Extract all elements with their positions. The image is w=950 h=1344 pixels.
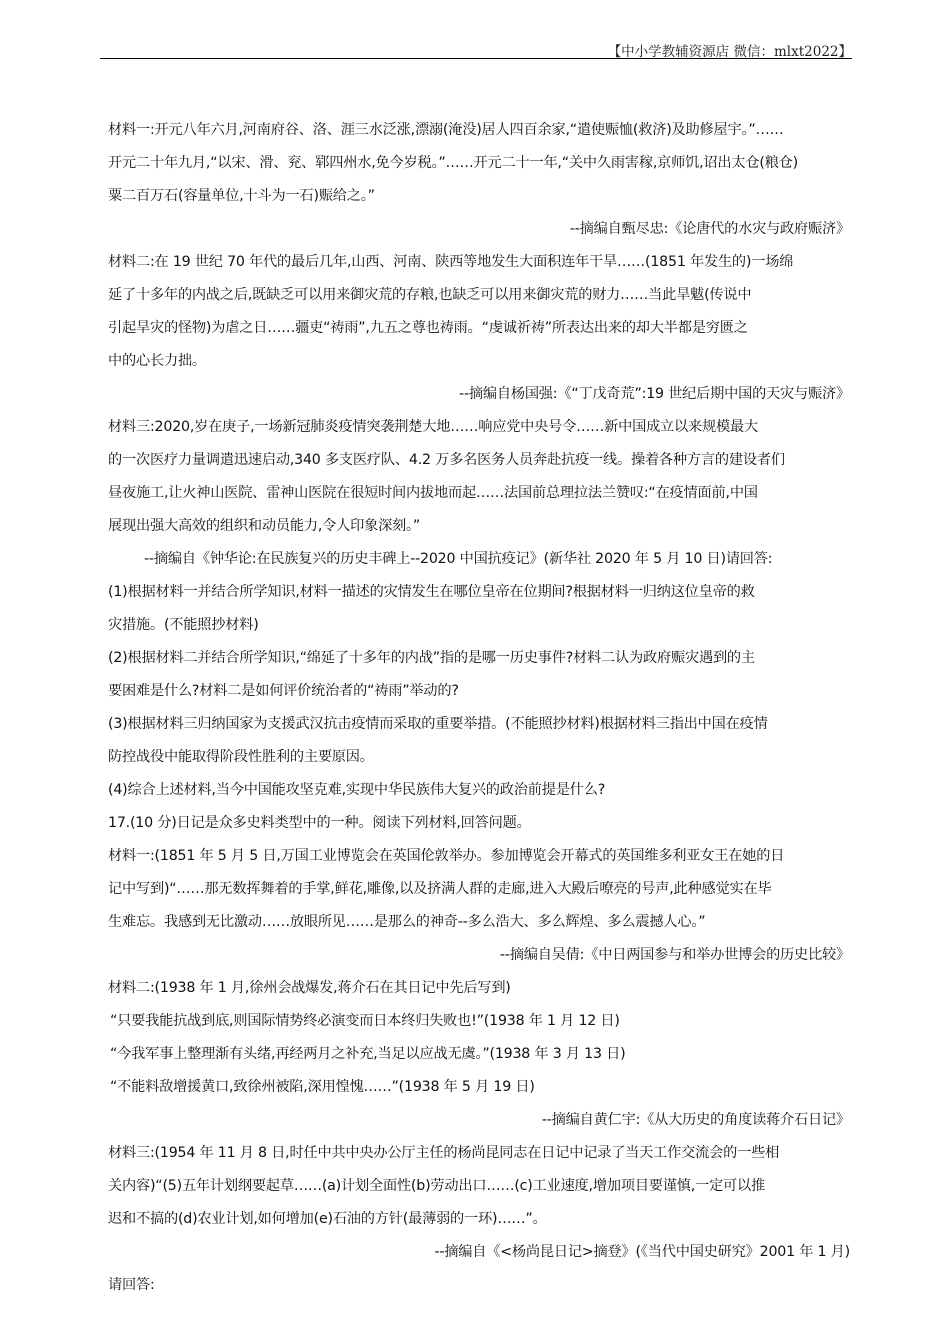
text-line: 材料二:在 19 世纪 70 年代的最后几年,山西、河南、陕西等地发生大面积连年…: [108, 246, 850, 279]
text-line: 迟和不搞的(d)农业计划,如何增加(e)石油的方针(最薄弱的一环)……”。: [108, 1203, 850, 1236]
source-citation: --摘编自《钟华论:在民族复兴的历史丰碑上--2020 中国抗疫记》(新华社 2…: [108, 543, 850, 576]
text-line: 材料一:开元八年六月,河南府谷、洛、涯三水泛涨,漂溺(淹没)居人四百余家,“遣使…: [108, 114, 850, 147]
question-3-line: 防控战役中能取得阶段性胜利的主要原因。: [108, 741, 850, 774]
text-line: 记中写到)“……那无数挥舞着的手掌,鲜花,雕像,以及挤满人群的走廊,进入大殿后嘹…: [108, 873, 850, 906]
text-line: 开元二十年九月,“以宋、滑、兖、郓四州水,免今岁税。”……开元二十一年,“关中久…: [108, 147, 850, 180]
text-line: 引起旱灾的怪物)为虐之日……疆吏“祷雨”,九五之尊也祷雨。“虔诚祈祷”所表达出来…: [108, 312, 850, 345]
q16-material-1: 材料一:开元八年六月,河南府谷、洛、涯三水泛涨,漂溺(淹没)居人四百余家,“遣使…: [108, 114, 850, 246]
text-line: 延了十多年的内战之后,既缺乏可以用来御灾荒的存粮,也缺乏可以用来御灾荒的财力………: [108, 279, 850, 312]
diary-quote: “不能料敌增援黄口,致徐州被陷,深用惶愧……”(1938 年 5 月 19 日): [108, 1071, 850, 1104]
source-citation: --摘编自吴倩:《中日两国参与和举办世博会的历史比较》: [108, 939, 850, 972]
source-citation: --摘编自杨国强:《“丁戊奇荒”:19 世纪后期中国的天灾与赈济》: [108, 378, 850, 411]
question-2-line: (2)根据材料二并结合所学知识,“绵延了十多年的内战”指的是哪一历史事件?材料二…: [108, 642, 850, 675]
source-citation: --摘编自黄仁宇:《从大历史的角度读蒋介石日记》: [108, 1104, 850, 1137]
text-line: 展现出强大高效的组织和动员能力,令人印象深刻。”: [108, 510, 850, 543]
q17-material-3: 材料三:(1954 年 11 月 8 日,时任中共中央办公厅主任的杨尚昆同志在日…: [108, 1137, 850, 1269]
question-2-line: 要困难是什么?材料二是如何评价统治者的“祷雨”举动的?: [108, 675, 850, 708]
header-divider: [100, 58, 852, 59]
source-citation: --摘编自甄尽忠:《论唐代的水灾与政府赈济》: [108, 213, 850, 246]
diary-quote: “只要我能抗战到底,则国际情势终必演变而日本终归失败也!”(1938 年 1 月…: [108, 1005, 850, 1038]
text-line: 材料三:2020,岁在庚子,一场新冠肺炎疫情突袭荆楚大地……响应党中央号令……新…: [108, 411, 850, 444]
text-line: 生难忘。我感到无比激动……放眼所见……是那么的神奇--多么浩大、多么辉煌、多么震…: [108, 906, 850, 939]
text-line: 昼夜施工,让火神山医院、雷神山医院在很短时间内拔地而起……法国前总理拉法兰赞叹:…: [108, 477, 850, 510]
question-4-line: (4)综合上述材料,当今中国能攻坚克难,实现中华民族伟大复兴的政治前提是什么?: [108, 774, 850, 807]
q17-material-1: 材料一:(1851 年 5 月 5 日,万国工业博览会在英国伦敦举办。参加博览会…: [108, 840, 850, 972]
q17-title: 17.(10 分)日记是众多史料类型中的一种。阅读下列材料,回答问题。: [108, 807, 850, 840]
source-citation: --摘编自《<杨尚昆日记>摘登》(《当代中国史研究》2001 年 1 月): [108, 1236, 850, 1269]
question-3-line: (3)根据材料三归纳国家为支援武汉抗击疫情而采取的重要举措。(不能照抄材料)根据…: [108, 708, 850, 741]
text-line: 中的心长力拙。: [108, 345, 850, 378]
text-line: 材料三:(1954 年 11 月 8 日,时任中共中央办公厅主任的杨尚昆同志在日…: [108, 1137, 850, 1170]
q16-questions: (1)根据材料一并结合所学知识,材料一描述的灾情发生在哪位皇帝在位期间?根据材料…: [108, 576, 850, 807]
text-line: 关内容)“(5)五年计划纲要起草……(a)计划全面性(b)劳动出口……(c)工业…: [108, 1170, 850, 1203]
text-line: 材料一:(1851 年 5 月 5 日,万国工业博览会在英国伦敦举办。参加博览会…: [108, 840, 850, 873]
text-line: 粟二百万石(容量单位,十斗为一石)赈给之。”: [108, 180, 850, 213]
question-1-line: 灾措施。(不能照抄材料): [108, 609, 850, 642]
question-1-line: (1)根据材料一并结合所学知识,材料一描述的灾情发生在哪位皇帝在位期间?根据材料…: [108, 576, 850, 609]
text-line: 材料二:(1938 年 1 月,徐州会战爆发,蒋介石在其日记中先后写到): [108, 972, 850, 1005]
diary-quote: “今我军事上整理渐有头绪,再经两月之补充,当足以应战无虞。”(1938 年 3 …: [108, 1038, 850, 1071]
answer-prompt: 请回答:: [108, 1269, 850, 1302]
q16-material-2: 材料二:在 19 世纪 70 年代的最后几年,山西、河南、陕西等地发生大面积连年…: [108, 246, 850, 411]
q17-material-2: 材料二:(1938 年 1 月,徐州会战爆发,蒋介石在其日记中先后写到) “只要…: [108, 972, 850, 1137]
document-body: 材料一:开元八年六月,河南府谷、洛、涯三水泛涨,漂溺(淹没)居人四百余家,“遣使…: [108, 114, 850, 1302]
text-line: 的一次医疗力量调遣迅速启动,340 多支医疗队、4.2 万多名医务人员奔赴抗疫一…: [108, 444, 850, 477]
q16-material-3: 材料三:2020,岁在庚子,一场新冠肺炎疫情突袭荆楚大地……响应党中央号令……新…: [108, 411, 850, 576]
page-header: 【中小学教辅资源店 微信：mlxt2022】: [100, 40, 852, 60]
